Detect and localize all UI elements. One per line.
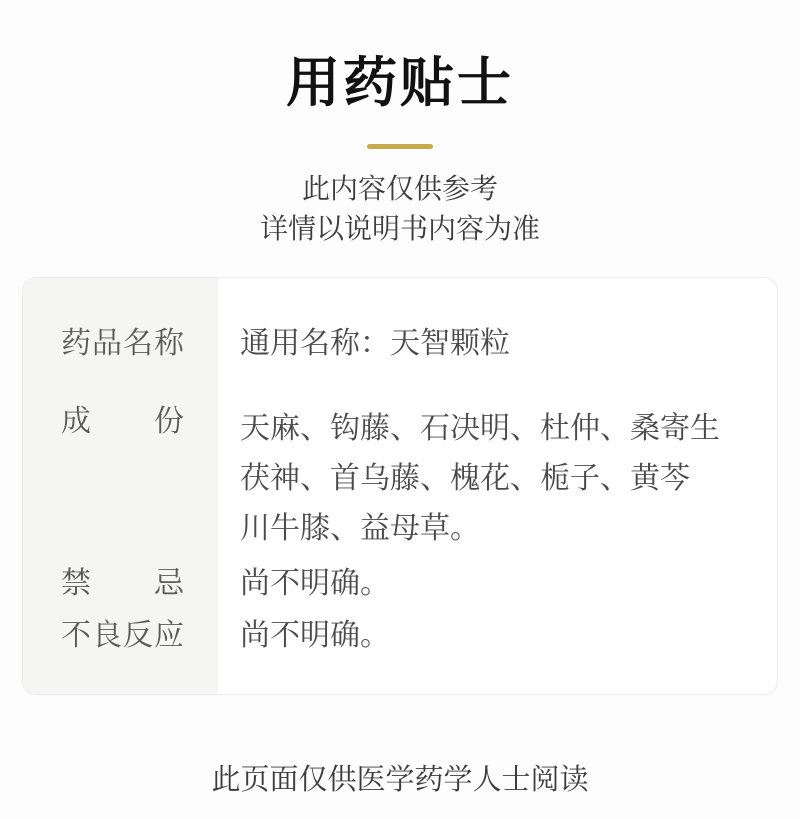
row-drug-name-label: 药品名称 (23, 326, 218, 362)
audience-note: 此页面仅供医学药学人士阅读 (0, 757, 800, 798)
page-title: 用药贴士 (0, 40, 800, 117)
medication-tips-page: 用药贴士 此内容仅供参考 详情以说明书内容为准 药品名称 通用名称：天智颗粒 成… (0, 0, 800, 819)
row-adverse-reactions: 不良反应 尚不明确。 (23, 618, 737, 654)
row-ingredients: 成份 天麻、钩藤、石决明、杜仲、桑寄生 茯神、首乌藤、槐花、栀子、黄芩 川牛膝、… (23, 404, 737, 554)
ingredients-label-text: 成份 (61, 404, 184, 440)
ingredients-line-1: 天麻、钩藤、石决明、杜仲、桑寄生 (240, 404, 720, 454)
row-ingredients-label: 成份 (23, 404, 218, 440)
drug-name-label-text: 药品名称 (61, 326, 184, 362)
ingredients-line-2: 茯神、首乌藤、槐花、栀子、黄芩 (240, 454, 720, 504)
row-drug-name: 药品名称 通用名称：天智颗粒 (23, 326, 737, 362)
adverse-reactions-value-text: 尚不明确。 (240, 618, 390, 654)
drug-info-card: 药品名称 通用名称：天智颗粒 成份 天麻、钩藤、石决明、杜仲、桑寄生 茯神、首乌… (22, 277, 778, 695)
adverse-reactions-label-text: 不良反应 (61, 618, 184, 654)
disclaimer-line-2: 详情以说明书内容为准 (0, 209, 800, 249)
row-contraindications: 禁忌 尚不明确。 (23, 566, 737, 602)
contraindications-label-text: 禁忌 (61, 566, 184, 602)
row-drug-name-value: 通用名称：天智颗粒 (218, 326, 510, 362)
drug-name-value-text: 通用名称：天智颗粒 (240, 326, 510, 362)
ingredients-line-3: 川牛膝、益母草。 (240, 504, 720, 554)
contraindications-value-text: 尚不明确。 (240, 566, 390, 602)
row-adverse-reactions-label: 不良反应 (23, 618, 218, 654)
row-contraindications-value: 尚不明确。 (218, 566, 390, 602)
disclaimer-line-1: 此内容仅供参考 (0, 169, 800, 209)
row-ingredients-value: 天麻、钩藤、石决明、杜仲、桑寄生 茯神、首乌藤、槐花、栀子、黄芩 川牛膝、益母草… (218, 404, 720, 554)
gold-divider (367, 144, 433, 149)
disclaimer-subtitle: 此内容仅供参考 详情以说明书内容为准 (0, 169, 800, 249)
row-contraindications-label: 禁忌 (23, 566, 218, 602)
row-adverse-reactions-value: 尚不明确。 (218, 618, 390, 654)
